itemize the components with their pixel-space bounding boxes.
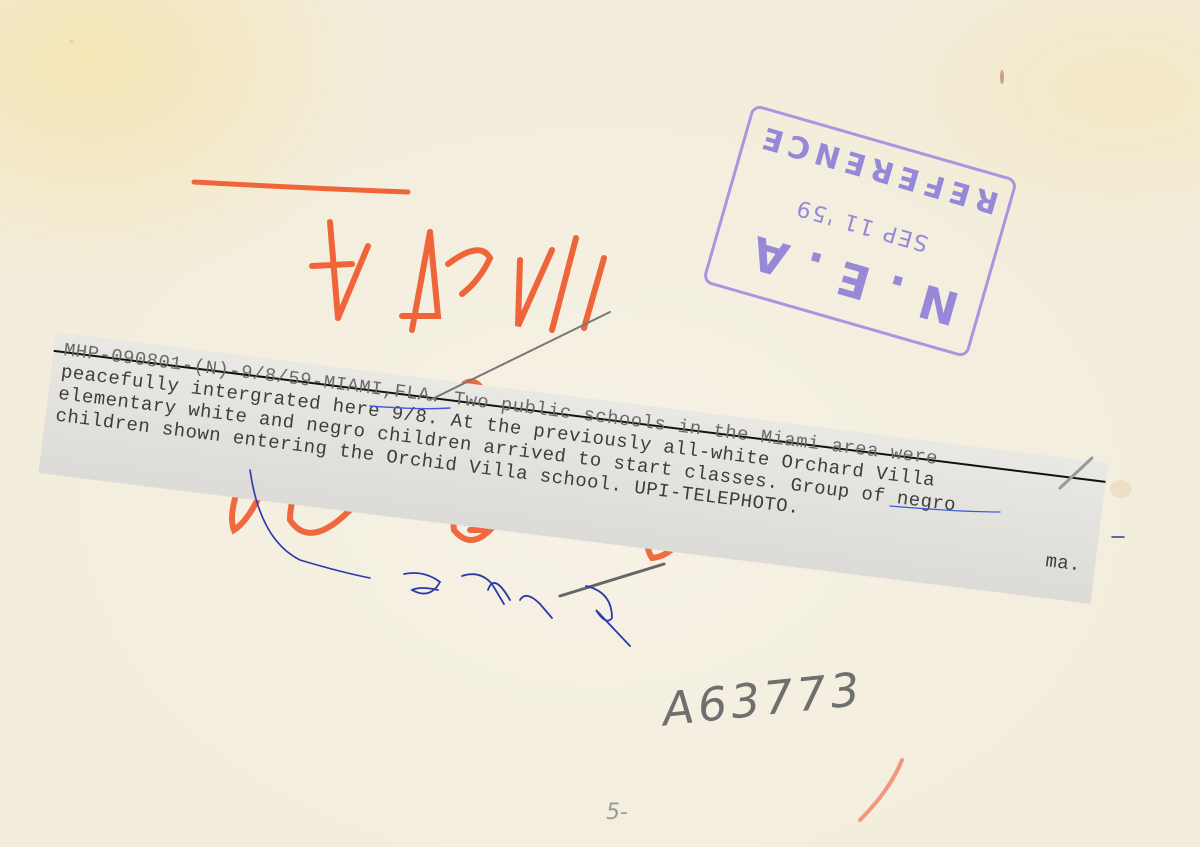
- page-mark: 5-: [606, 800, 628, 825]
- pen-signature: Boyle: [0, 0, 1200, 847]
